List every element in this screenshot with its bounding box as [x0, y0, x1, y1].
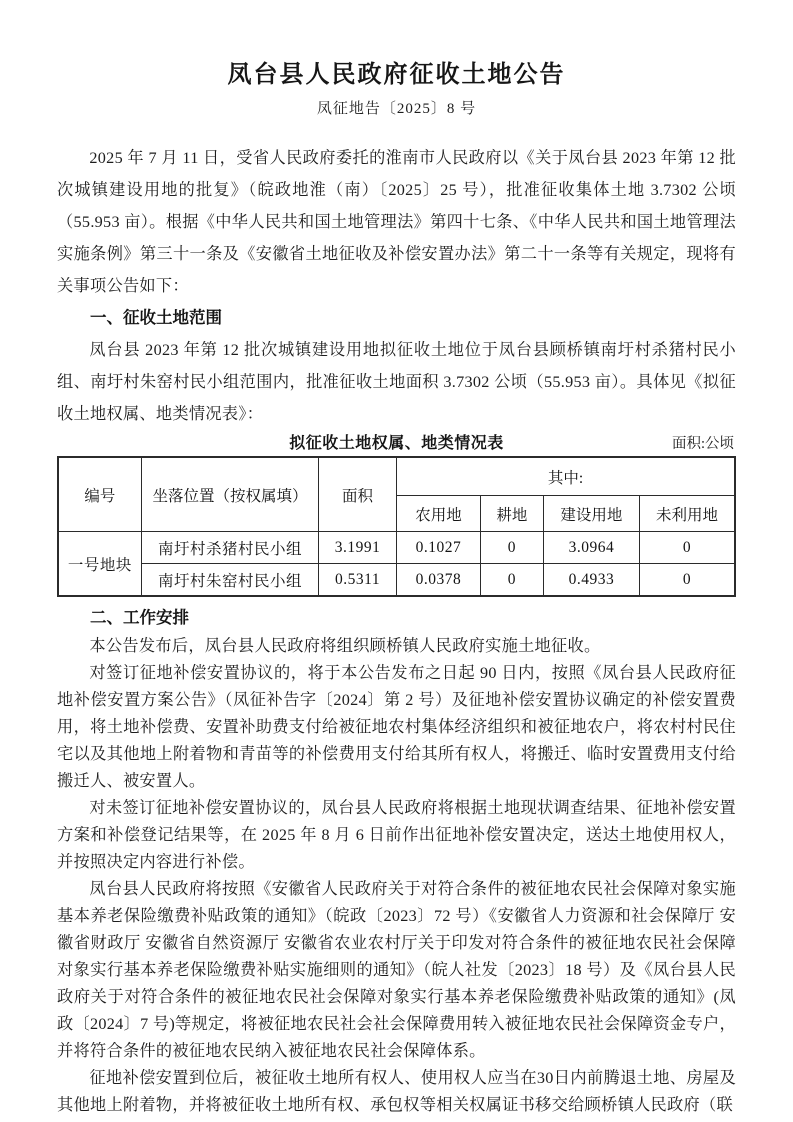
document-page: 凤台县人民政府征收土地公告 凤征地告〔2025〕8 号 2025 年 7 月 1… [0, 0, 793, 1122]
col-header-location: 坐落位置（按权属填） [141, 457, 318, 532]
intro-paragraph: 2025 年 7 月 11 日，受省人民政府委托的淮南市人民政府以《关于凤台县 … [57, 142, 736, 302]
section2-paragraph-1: 本公告发布后，凤台县人民政府将组织顾桥镇人民政府实施土地征收。 [57, 633, 736, 660]
table-unit-note: 面积:公顷 [672, 432, 734, 456]
construction-cell: 0.4933 [543, 564, 639, 597]
cultivated-cell: 0 [480, 564, 543, 597]
col-header-agricultural: 农用地 [396, 496, 480, 532]
unused-cell: 0 [640, 532, 736, 564]
area-cell: 0.5311 [319, 564, 397, 597]
table-caption: 拟征收土地权属、地类情况表 面积:公顷 [57, 432, 736, 456]
col-header-breakdown: 其中: [396, 457, 735, 496]
section1-paragraph: 凤台县 2023 年第 12 批次城镇建设用地拟征收土地位于凤台县顾桥镇南圩村杀… [57, 334, 736, 430]
agricultural-cell: 0.1027 [396, 532, 480, 564]
land-parcel-table: 编号 坐落位置（按权属填） 面积 其中: 农用地 耕地 建设用地 未利用地 一号… [57, 456, 736, 597]
location-cell: 南圩村朱窑村民小组 [141, 564, 318, 597]
col-header-id: 编号 [58, 457, 141, 532]
table-title: 拟征收土地权属、地类情况表 [289, 435, 504, 452]
table-row: 南圩村朱窑村民小组 0.5311 0.0378 0 0.4933 0 [58, 564, 735, 597]
plot-id-cell: 一号地块 [58, 532, 141, 597]
cultivated-cell: 0 [480, 532, 543, 564]
doc-number: 凤征地告〔2025〕8 号 [57, 98, 736, 120]
area-cell: 3.1991 [319, 532, 397, 564]
col-header-construction: 建设用地 [543, 496, 639, 532]
section2-paragraph-2: 对签订征地补偿安置协议的，将于本公告发布之日起 90 日内，按照《凤台县人民政府… [57, 660, 736, 795]
col-header-unused: 未利用地 [640, 496, 736, 532]
agricultural-cell: 0.0378 [396, 564, 480, 597]
section2-paragraph-5: 征地补偿安置到位后，被征收土地所有权人、使用权人应当在30日内前腾退土地、房屋及… [57, 1065, 736, 1119]
doc-title: 凤台县人民政府征收土地公告 [57, 58, 736, 92]
col-header-cultivated: 耕地 [480, 496, 543, 532]
section2-paragraph-4: 凤台县人民政府将按照《安徽省人民政府关于对符合条件的被征地农民社会保障对象实施基… [57, 876, 736, 1065]
unused-cell: 0 [640, 564, 736, 597]
location-cell: 南圩村杀猪村民小组 [141, 532, 318, 564]
col-header-area: 面积 [319, 457, 397, 532]
table-header-row-1: 编号 坐落位置（按权属填） 面积 其中: [58, 457, 735, 496]
section2-heading: 二、工作安排 [57, 603, 736, 633]
section1-heading: 一、征收土地范围 [57, 302, 736, 334]
section2-paragraph-3: 对未签订征地补偿安置协议的，凤台县人民政府将根据土地现状调查结果、征地补偿安置方… [57, 795, 736, 876]
construction-cell: 3.0964 [543, 532, 639, 564]
table-row: 一号地块 南圩村杀猪村民小组 3.1991 0.1027 0 3.0964 0 [58, 532, 735, 564]
